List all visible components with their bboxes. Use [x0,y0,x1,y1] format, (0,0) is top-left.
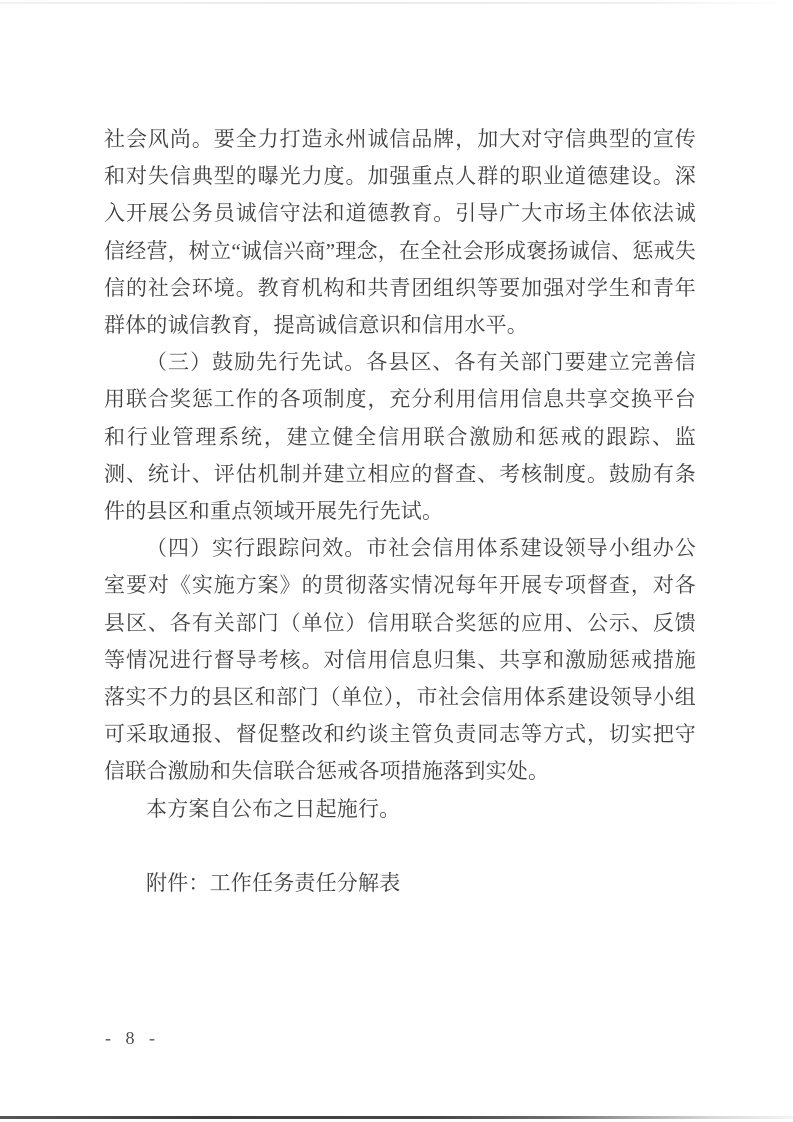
body-paragraph: 社会风尚。要全力打造永州诚信品牌，加大对守信典型的宣传和对失信典型的曝光力度。加… [104,121,696,344]
scan-edge-bottom-line [0,1116,793,1119]
document-page: 社会风尚。要全力打造永州诚信品牌，加大对守信典型的宣传和对失信典型的曝光力度。加… [0,0,793,1122]
body-paragraph: （三）鼓励先行先试。各县区、各有关部门要建立完善信用联合奖惩工作的各项制度，充分… [104,344,696,530]
attachment-note: 附件：工作任务责任分解表 [104,865,696,902]
body-paragraph: 本方案自公布之日起施行。 [104,791,696,828]
body-paragraph: （四）实行跟踪问效。市社会信用体系建设领导小组办公室要对《实施方案》的贯彻落实情… [104,530,696,790]
scan-edge-top-line [0,2,793,4]
document-body: 社会风尚。要全力打造永州诚信品牌，加大对守信典型的宣传和对失信典型的曝光力度。加… [104,121,696,902]
page-number: - 8 - [105,1028,160,1049]
